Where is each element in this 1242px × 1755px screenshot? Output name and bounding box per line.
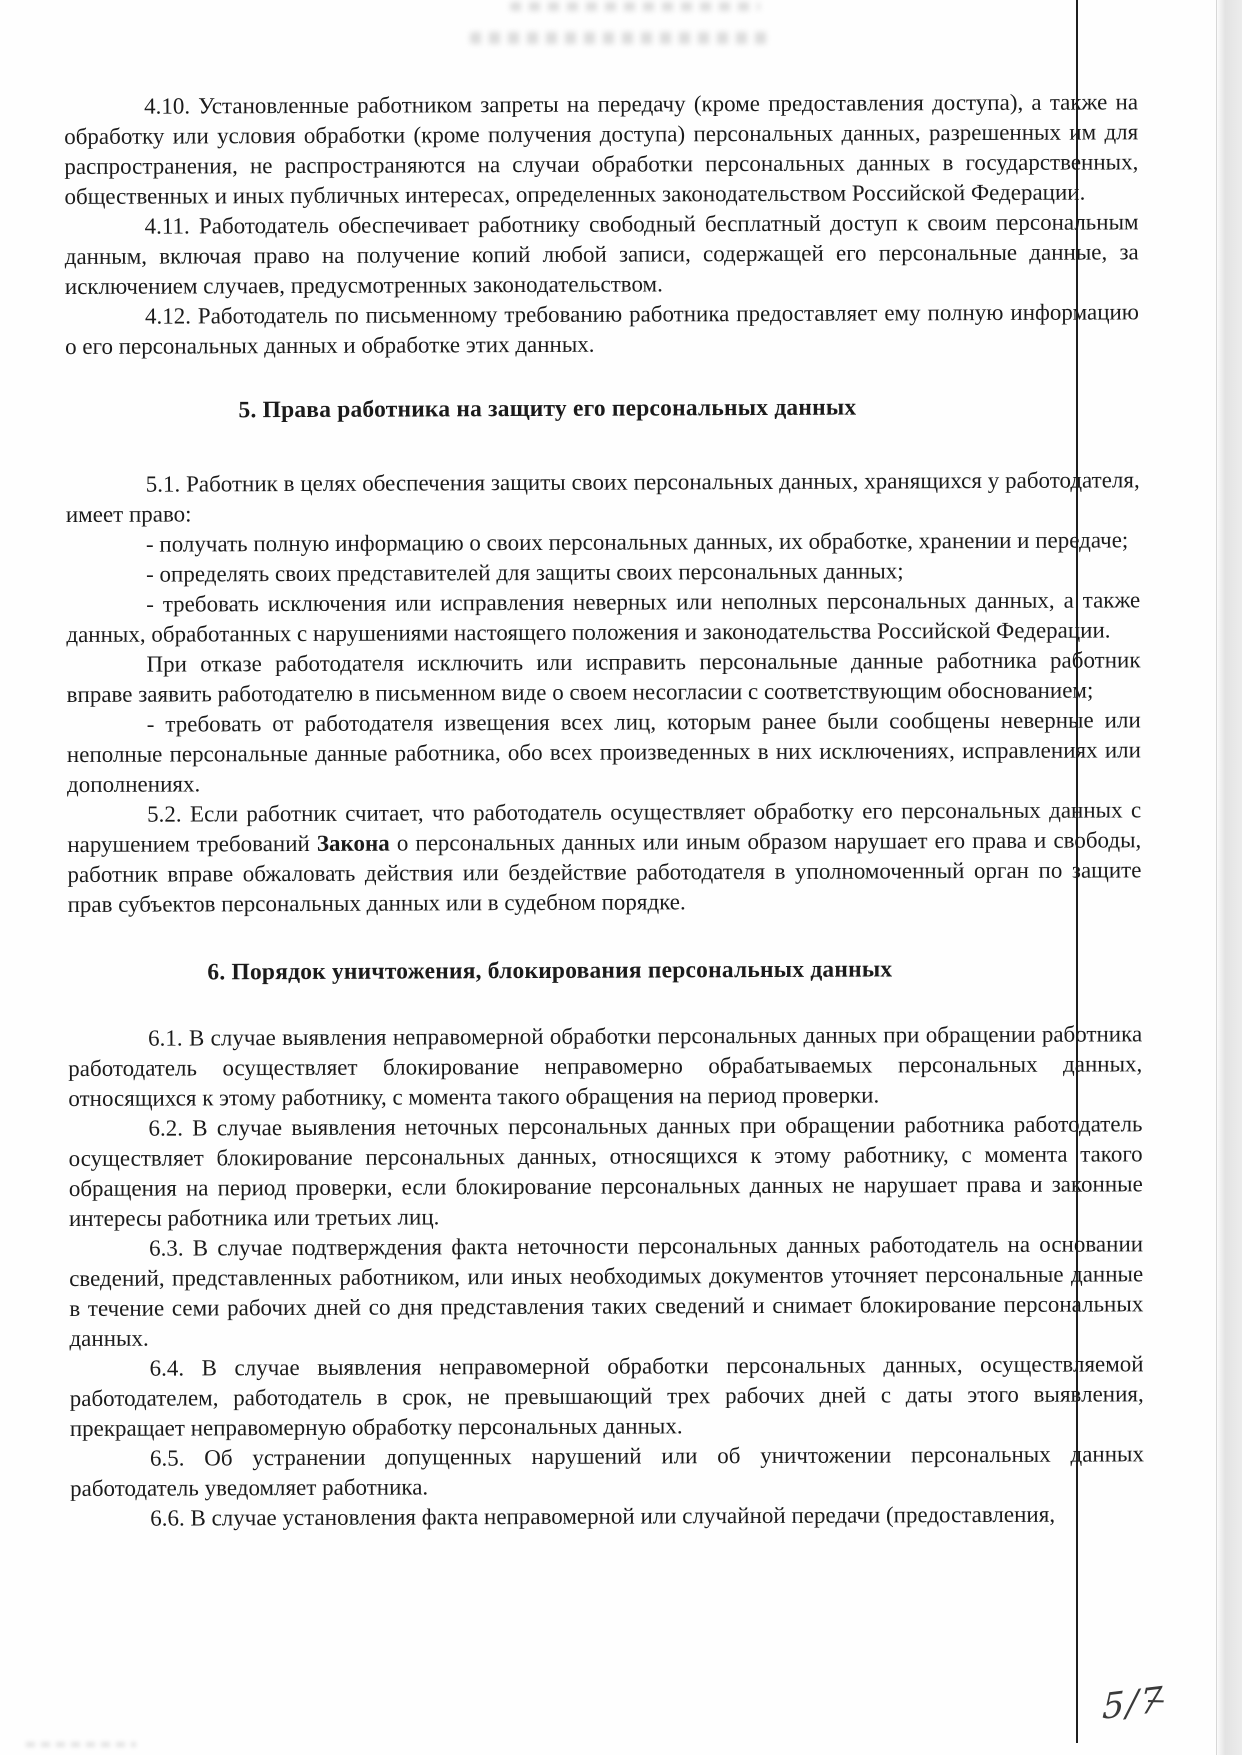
list-item-right-correction: - требовать исключения или исправления н… [66, 585, 1140, 650]
paragraph-5-2: 5.2. Если работник считает, что работода… [67, 795, 1142, 920]
paragraph-4-12: 4.12. Работодатель по письменному требов… [65, 297, 1139, 362]
paragraph-6-6: 6.6. В случае установления факта неправо… [70, 1499, 1144, 1534]
paragraph-5-1: 5.1. Работник в целях обеспечения защиты… [66, 465, 1140, 530]
list-item-right-info: - получать полную информацию о своих пер… [66, 525, 1140, 560]
handwritten-page-number: 5/7 [1102, 1680, 1165, 1728]
paragraph-6-1: 6.1. В случае выявления неправомерной об… [68, 1019, 1142, 1114]
paragraph-refusal-note: При отказе работодателя исключить или ис… [66, 645, 1140, 710]
bottom-edge-smudge [26, 1742, 136, 1747]
paragraph-6-3: 6.3. В случае подтверждения факта неточн… [69, 1229, 1144, 1354]
list-item-right-representatives: - определять своих представителей для за… [66, 555, 1140, 590]
paragraph-6-4: 6.4. В случае выявления неправомерной об… [70, 1349, 1144, 1444]
paragraph-4-11: 4.11. Работодатель обеспечивает работник… [65, 207, 1139, 302]
paragraph-6-5: 6.5. Об устранении допущенных нарушений … [70, 1439, 1144, 1504]
bleed-through-smudge [470, 2, 810, 44]
list-item-right-notification: - требовать от работодателя извещения вс… [67, 705, 1141, 800]
section-6-heading: 6. Порядок уничтожения, блокирования пер… [68, 953, 1142, 988]
law-reference-bold: Закона [317, 831, 390, 856]
scanned-page: 4.10. Установленные работником запреты н… [0, 0, 1242, 1755]
document-body: 4.10. Установленные работником запреты н… [64, 87, 1144, 1534]
paragraph-4-10: 4.10. Установленные работником запреты н… [64, 87, 1139, 212]
scan-right-edge-shadow [1216, 0, 1242, 1755]
section-5-heading: 5. Права работника на защиту его персона… [65, 391, 1139, 426]
paragraph-6-2: 6.2. В случае выявления неточных персона… [68, 1109, 1143, 1234]
